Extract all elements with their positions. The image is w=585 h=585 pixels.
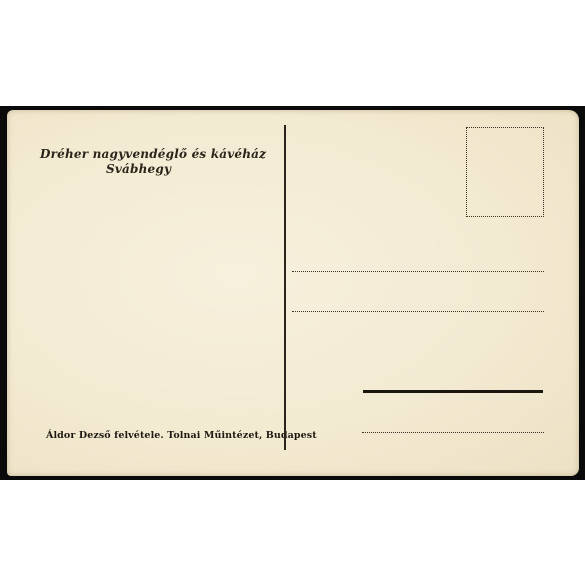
header-line-1: Dréher nagyvendéglő és kávéház [40,147,266,161]
photo-credit: Áldor Dezső felvétele. Tolnai Műintézet,… [46,430,317,441]
stamp-placeholder-box [466,127,544,217]
address-line-2 [292,311,544,312]
address-line-1 [292,271,544,272]
header-line-2: Svábhegy [106,162,171,176]
vertical-divider [284,125,286,450]
address-line-3-underlined [363,390,543,393]
address-line-4 [362,432,544,433]
